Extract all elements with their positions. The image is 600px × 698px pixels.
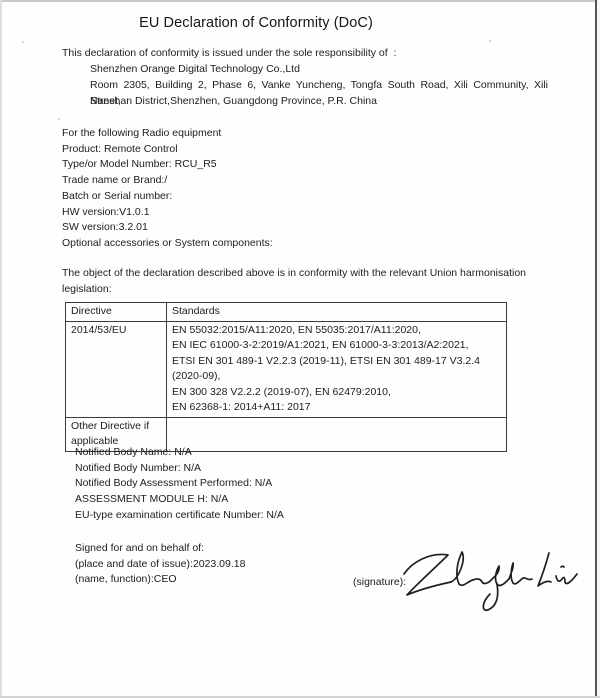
notified-body-section: Notified Body Name: N/A Notified Body Nu… [75,445,284,524]
directive-cell: 2014/53/EU [66,321,167,417]
signed-for-line: Signed for and on behalf of: [75,541,245,557]
equipment-product: Product: Remote Control [62,142,273,158]
equipment-accessories: Optional accessories or System component… [62,236,273,252]
scan-edge-left [0,0,2,698]
standard-line: EN 55032:2015/A11:2020, EN 55035:2017/A1… [172,323,501,339]
conformity-line2: legislation: [62,282,526,298]
responsibility-statement: This declaration of conformity is issued… [62,46,396,62]
equipment-section: For the following Radio equipment Produc… [62,126,273,252]
standard-line: ETSI EN 301 489-1 V2.2.3 (2019-11), ETSI… [172,354,501,385]
equipment-model: Type/or Model Number: RCU_R5 [62,157,273,173]
standard-line: EN 300 328 V2.2.2 (2019-07), EN 62479:20… [172,385,501,401]
document-title: EU Declaration of Conformity (DoC) [0,15,512,31]
conformity-line1: The object of the declaration described … [62,266,526,282]
notified-body-assessment: Notified Body Assessment Performed: N/A [75,476,284,492]
eu-type-certificate: EU-type examination certificate Number: … [75,508,284,524]
header-standards: Standards [167,303,507,322]
place-date-line: (place and date of issue):2023.09.18 [75,557,245,573]
company-address-line2: Nanshan District,Shenzhen, Guangdong Pro… [90,94,377,110]
equipment-brand: Trade name or Brand:/ [62,173,273,189]
name-function-line: (name, function):CEO [75,572,245,588]
conformity-statement: The object of the declaration described … [62,266,526,297]
table-header-row: Directive Standards [66,303,507,322]
equipment-sw-version: SW version:3.2.01 [62,220,273,236]
standards-cell: EN 55032:2015/A11:2020, EN 55035:2017/A1… [167,321,507,417]
scan-edge-bottom [0,696,600,698]
standards-table: Directive Standards 2014/53/EU EN 55032:… [65,302,507,452]
scan-speck [22,41,24,43]
notified-body-name: Notified Body Name: N/A [75,445,284,461]
equipment-batch: Batch or Serial number: [62,189,273,205]
header-directive: Directive [66,303,167,322]
scan-speck [489,40,491,42]
standard-line: EN 62368-1: 2014+A11: 2017 [172,400,501,416]
scanned-document-page: EU Declaration of Conformity (DoC) This … [0,0,600,698]
signature-ink [396,540,586,615]
signoff-section: Signed for and on behalf of: (place and … [75,541,245,588]
standard-line: EN IEC 61000-3-2:2019/A1:2021, EN 61000-… [172,338,501,354]
assessment-module: ASSESSMENT MODULE H: N/A [75,492,284,508]
company-name: Shenzhen Orange Digital Technology Co.,L… [90,62,300,78]
scan-edge-top [0,0,600,2]
scan-speck [58,118,60,120]
table-row: 2014/53/EU EN 55032:2015/A11:2020, EN 55… [66,321,507,417]
equipment-hw-version: HW version:V1.0.1 [62,205,273,221]
signature-scribble [396,540,586,620]
scan-edge-right [595,0,597,698]
notified-body-number: Notified Body Number: N/A [75,461,284,477]
equipment-heading: For the following Radio equipment [62,126,273,142]
